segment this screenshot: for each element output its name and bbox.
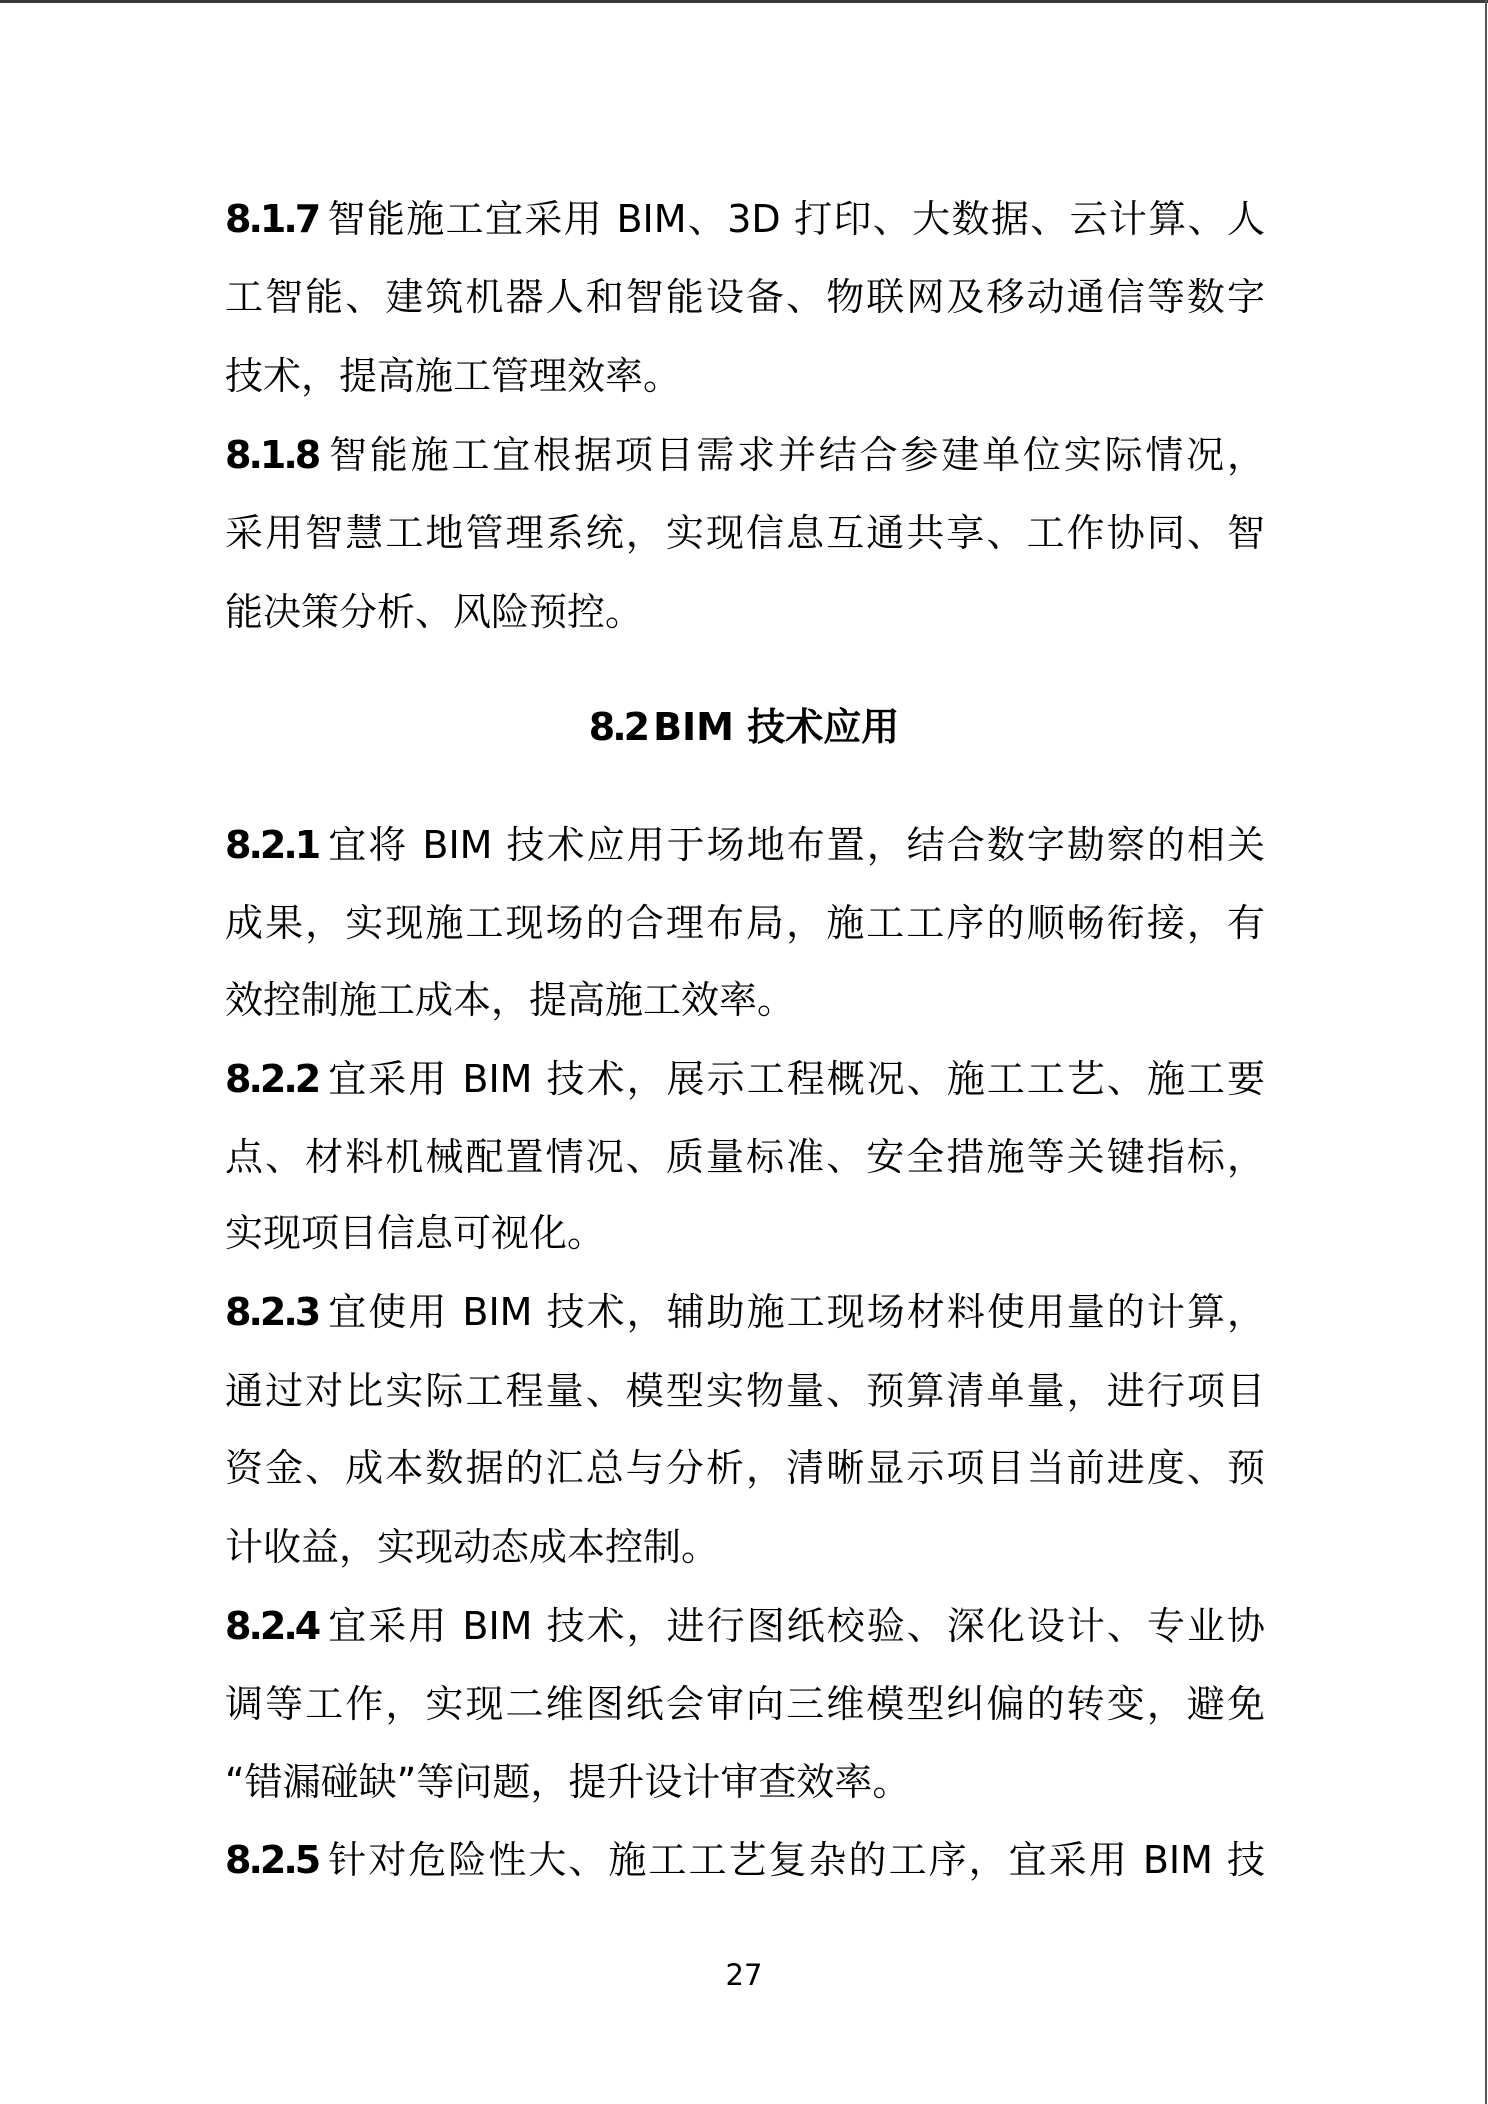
clause-8-2-2-line-1: 8.2.2宜采用 BIM 技术，展示工程概况、施工工艺、施工要 bbox=[225, 1049, 1265, 1109]
section-title: BIM 技术应用 bbox=[653, 705, 899, 749]
clause-8-2-4-line-2: 调等工作，实现二维图纸会审向三维模型纠偏的转变，避免 bbox=[225, 1674, 1265, 1734]
clause-8-2-2-line-3: 实现项目信息可视化。 bbox=[225, 1203, 1265, 1263]
clause-8-2-2-line-2: 点、材料机械配置情况、质量标准、安全措施等关键指标， bbox=[225, 1127, 1265, 1187]
clause-8-2-1-line-3: 效控制施工成本，提高施工效率。 bbox=[225, 970, 1265, 1030]
clause-8-2-5-line-1: 8.2.5针对危险性大、施工工艺复杂的工序，宜采用 BIM 技 bbox=[225, 1830, 1265, 1890]
clause-text: 智能施工宜采用 BIM、3D 打印、大数据、云计算、人 bbox=[326, 197, 1265, 241]
clause-text: 宜采用 BIM 技术，进行图纸校验、深化设计、专业协 bbox=[326, 1604, 1265, 1648]
clause-8-2-3-line-4: 计收益，实现动态成本控制。 bbox=[225, 1517, 1265, 1577]
clause-text: 宜采用 BIM 技术，展示工程概况、施工工艺、施工要 bbox=[326, 1057, 1265, 1101]
clause-8-2-1-line-1: 8.2.1宜将 BIM 技术应用于场地布置，结合数字勘察的相关 bbox=[225, 815, 1265, 875]
clause-number: 8.1.8 bbox=[225, 433, 318, 477]
clause-text: 智能施工宜根据项目需求并结合参建单位实际情况， bbox=[326, 433, 1265, 477]
clause-number: 8.2.4 bbox=[225, 1604, 318, 1648]
clause-8-2-1-line-2: 成果，实现施工现场的合理布局，施工工序的顺畅衔接，有 bbox=[225, 893, 1265, 953]
section-number: 8.2 bbox=[589, 705, 647, 749]
clause-text: 宜使用 BIM 技术，辅助施工现场材料使用量的计算， bbox=[326, 1290, 1265, 1334]
clause-number: 8.2.1 bbox=[225, 823, 318, 867]
section-heading: 8.2BIM 技术应用 bbox=[0, 697, 1488, 757]
clause-number: 8.2.2 bbox=[225, 1057, 318, 1101]
clause-text: 针对危险性大、施工工艺复杂的工序，宜采用 BIM 技 bbox=[326, 1838, 1265, 1882]
clause-8-1-8-line-2: 采用智慧工地管理系统，实现信息互通共享、工作协同、智 bbox=[225, 503, 1265, 563]
clause-8-1-8-line-3: 能决策分析、风险预控。 bbox=[225, 582, 1265, 642]
clause-8-2-3-line-2: 通过对比实际工程量、模型实物量、预算清单量，进行项目 bbox=[225, 1361, 1265, 1421]
clause-8-1-7-line-1: 8.1.7智能施工宜采用 BIM、3D 打印、大数据、云计算、人 bbox=[225, 189, 1265, 249]
clause-8-1-7-line-3: 技术，提高施工管理效率。 bbox=[225, 346, 1265, 406]
clause-8-1-8-line-1: 8.1.8智能施工宜根据项目需求并结合参建单位实际情况， bbox=[225, 425, 1265, 485]
clause-8-2-3-line-1: 8.2.3宜使用 BIM 技术，辅助施工现场材料使用量的计算， bbox=[225, 1282, 1265, 1342]
clause-8-2-4-line-3: “错漏碰缺”等问题，提升设计审查效率。 bbox=[225, 1752, 1265, 1812]
clause-8-2-3-line-3: 资金、成本数据的汇总与分析，清晰显示项目当前进度、预 bbox=[225, 1438, 1265, 1498]
clause-number: 8.2.5 bbox=[225, 1838, 318, 1882]
clause-number: 8.1.7 bbox=[225, 197, 318, 241]
page-number: 27 bbox=[0, 1955, 1488, 1995]
clause-8-2-4-line-1: 8.2.4宜采用 BIM 技术，进行图纸校验、深化设计、专业协 bbox=[225, 1596, 1265, 1656]
clause-number: 8.2.3 bbox=[225, 1290, 318, 1334]
clause-text: 宜将 BIM 技术应用于场地布置，结合数字勘察的相关 bbox=[326, 823, 1265, 867]
document-page: 8.1.7智能施工宜采用 BIM、3D 打印、大数据、云计算、人 工智能、建筑机… bbox=[0, 0, 1488, 2104]
clause-8-1-7-line-2: 工智能、建筑机器人和智能设备、物联网及移动通信等数字 bbox=[225, 267, 1265, 327]
